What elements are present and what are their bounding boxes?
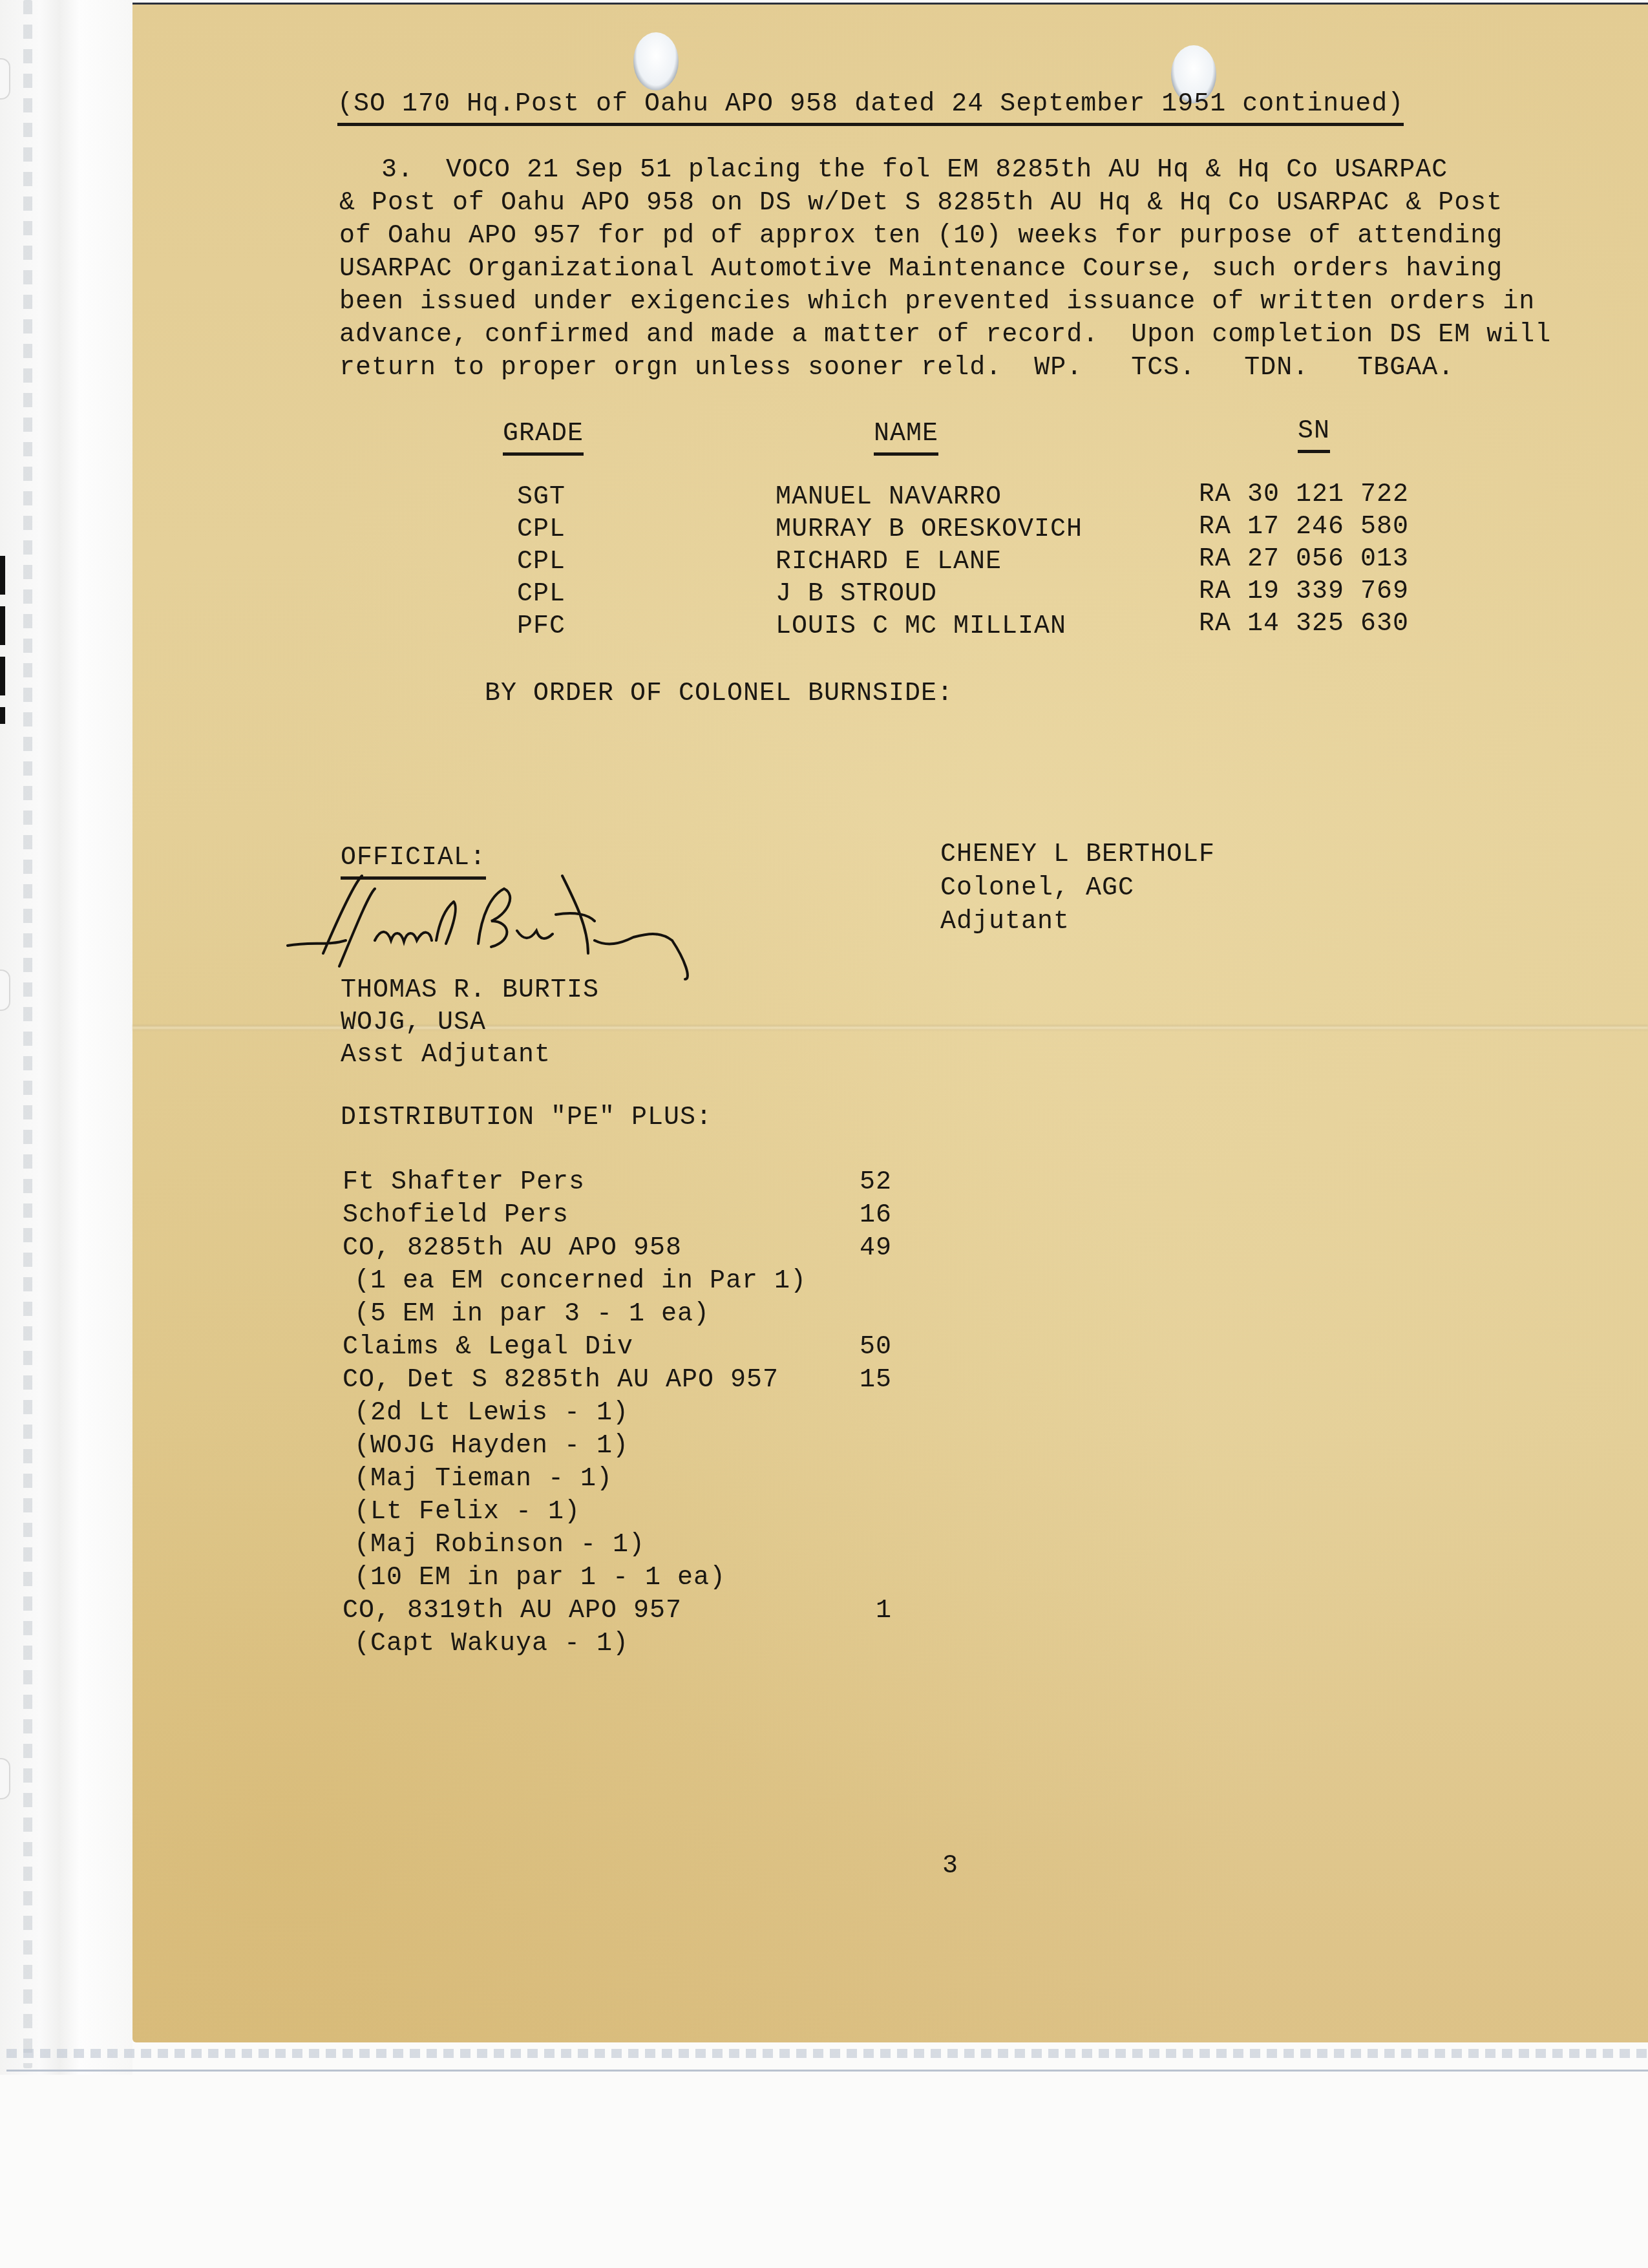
name-cell: MURRAY B ORESKOVICH [776,517,1083,543]
binder-tab [0,58,10,100]
binder-tab [0,1758,10,1799]
paragraph-line: of Oahu APO 957 for pd of approx ten (10… [339,224,1503,249]
entry-sublabel: (Lt Felix - 1) [354,1500,580,1525]
sheet-protector-strip [0,0,132,2075]
entry-count: 15 [860,1368,892,1394]
by-order-line: BY ORDER OF COLONEL BURNSIDE: [485,681,953,707]
binder-perforation-column [23,0,32,2068]
sn-cell: RA 14 325 630 [1199,611,1409,637]
entry-label: CO, Det S 8285th AU APO 957 [343,1368,779,1394]
binder-perforation-row [6,2049,1648,2058]
handwritten-signature [284,869,814,992]
adjutant-rank: Colonel, AGC [940,876,1134,902]
entry-sublabel: (Maj Tieman - 1) [354,1467,613,1492]
entry-count: 50 [860,1335,892,1361]
paragraph-line: & Post of Oahu APO 958 on DS w/Det S 828… [339,191,1503,217]
entry-sublabel: (Maj Robinson - 1) [354,1532,645,1558]
distribution-heading: DISTRIBUTION "PE" PLUS: [341,1105,712,1131]
paragraph-line: advance, confirmed and made a matter of … [339,323,1551,348]
grade-cell: CPL [517,582,565,608]
name-cell: MANUEL NAVARRO [776,485,1002,511]
continuation-header: (SO 170 Hq.Post of Oahu APO 958 dated 24… [337,92,1404,126]
entry-sublabel: (Capt Wakuya - 1) [354,1631,629,1657]
signer-title: Asst Adjutant [341,1043,551,1068]
paragraph-line: been issued under exigencies which preve… [339,290,1535,315]
binder-tab [0,970,10,1011]
paragraph-line: return to proper orgn unless sooner reld… [339,355,1454,381]
sheet-protector-edge [6,2070,1648,2072]
column-header-grade: GRADE [503,421,584,456]
grade-cell: SGT [517,485,565,511]
entry-label: Ft Shafter Pers [343,1170,585,1196]
entry-count: 1 [876,1598,892,1624]
punch-hole [633,32,679,90]
column-header-sn: SN [1298,419,1330,453]
paragraph-line: USARPAC Organizational Automotive Mainte… [339,257,1503,282]
sn-cell: RA 19 339 769 [1199,579,1409,605]
grade-cell: CPL [517,549,565,575]
name-cell: J B STROUD [776,582,937,608]
entry-label: Schofield Pers [343,1203,569,1229]
entry-label: CO, 8319th AU APO 957 [343,1598,682,1624]
entry-label: CO, 8285th AU APO 958 [343,1236,682,1262]
sn-cell: RA 17 246 580 [1199,514,1409,540]
edge-marker [0,556,5,724]
entry-count: 49 [860,1236,892,1262]
entry-sublabel: (WOJG Hayden - 1) [354,1434,629,1459]
entry-count: 16 [860,1203,892,1229]
column-header-name: NAME [874,421,938,456]
name-cell: RICHARD E LANE [776,549,1002,575]
entry-sublabel: (5 EM in par 3 - 1 ea) [354,1302,710,1328]
sn-cell: RA 30 121 722 [1199,482,1409,508]
signer-rank: WOJG, USA [341,1010,486,1036]
entry-count: 52 [860,1170,892,1196]
name-cell: LOUIS C MC MILLIAN [776,614,1066,640]
page-number: 3 [942,1854,958,1880]
entry-sublabel: (1 ea EM concerned in Par 1) [354,1269,807,1295]
entry-sublabel: (2d Lt Lewis - 1) [354,1401,629,1426]
grade-cell: PFC [517,614,565,640]
grade-cell: CPL [517,517,565,543]
signer-name: THOMAS R. BURTIS [341,978,599,1004]
sn-cell: RA 27 056 013 [1199,547,1409,573]
adjutant-title: Adjutant [940,909,1070,935]
entry-label: Claims & Legal Div [343,1335,633,1361]
adjutant-name: CHENEY L BERTHOLF [940,842,1215,868]
entry-sublabel: (10 EM in par 1 - 1 ea) [354,1565,726,1591]
paragraph-line: 3. VOCO 21 Sep 51 placing the fol EM 828… [381,158,1448,184]
